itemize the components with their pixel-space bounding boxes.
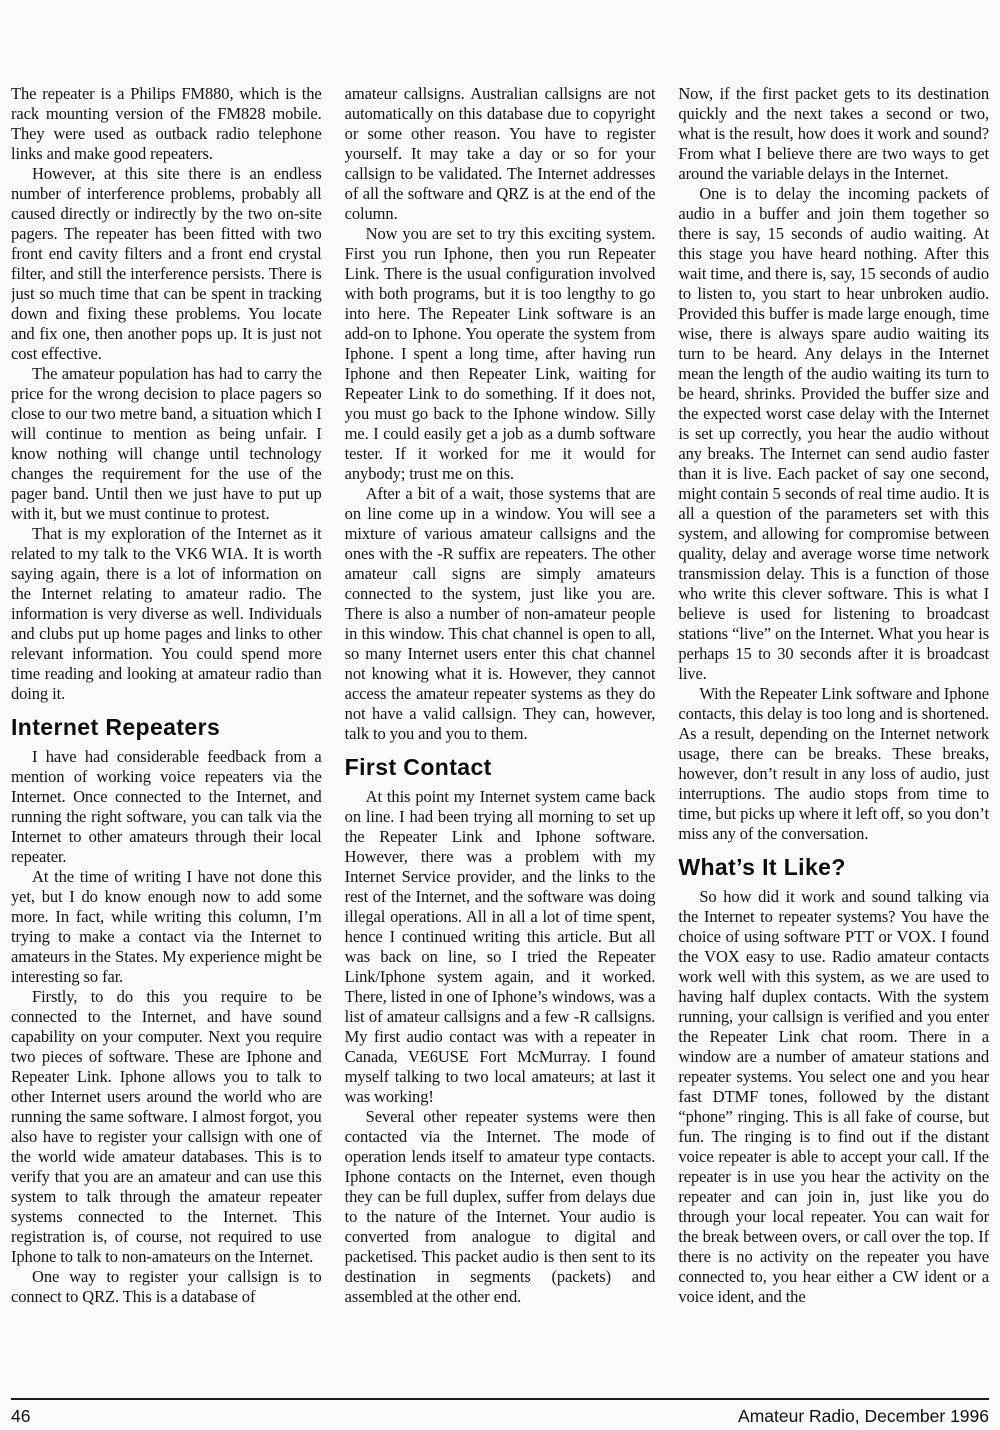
- paragraph: Now, if the first packet gets to its des…: [678, 84, 989, 184]
- page-number: 46: [11, 1406, 30, 1427]
- column-2: amateur callsigns. Australian callsigns …: [345, 84, 656, 1389]
- column-1: The repeater is a Philips FM880, which i…: [11, 84, 322, 1389]
- section-heading: What’s It Like?: [678, 854, 989, 881]
- section-heading: Internet Repeaters: [11, 714, 322, 741]
- paragraph: At the time of writing I have not done t…: [11, 867, 322, 987]
- paragraph: Firstly, to do this you require to be co…: [11, 987, 322, 1267]
- section-heading: First Contact: [345, 754, 656, 781]
- paragraph: Several other repeater systems were then…: [345, 1107, 656, 1307]
- paragraph: However, at this site there is an endles…: [11, 164, 322, 364]
- magazine-page: The repeater is a Philips FM880, which i…: [0, 0, 1000, 1430]
- paragraph: Now you are set to try this exciting sys…: [345, 224, 656, 484]
- paragraph: With the Repeater Link software and Ipho…: [678, 684, 989, 844]
- paragraph: amateur callsigns. Australian callsigns …: [345, 84, 656, 224]
- paragraph: I have had considerable feedback from a …: [11, 747, 322, 867]
- column-3: Now, if the first packet gets to its des…: [678, 84, 989, 1389]
- paragraph: At this point my Internet system came ba…: [345, 787, 656, 1107]
- paragraph: That is my exploration of the Internet a…: [11, 524, 322, 704]
- paragraph: One is to delay the incoming packets of …: [678, 184, 989, 684]
- paragraph: The repeater is a Philips FM880, which i…: [11, 84, 322, 164]
- article-columns: The repeater is a Philips FM880, which i…: [11, 84, 989, 1389]
- paragraph: After a bit of a wait, those systems tha…: [345, 484, 656, 744]
- paragraph: The amateur population has had to carry …: [11, 364, 322, 524]
- issue-title: Amateur Radio, December 1996: [738, 1406, 989, 1427]
- page-footer: 46 Amateur Radio, December 1996: [11, 1398, 989, 1427]
- paragraph: One way to register your callsign is to …: [11, 1267, 322, 1307]
- paragraph: So how did it work and sound talking via…: [678, 887, 989, 1307]
